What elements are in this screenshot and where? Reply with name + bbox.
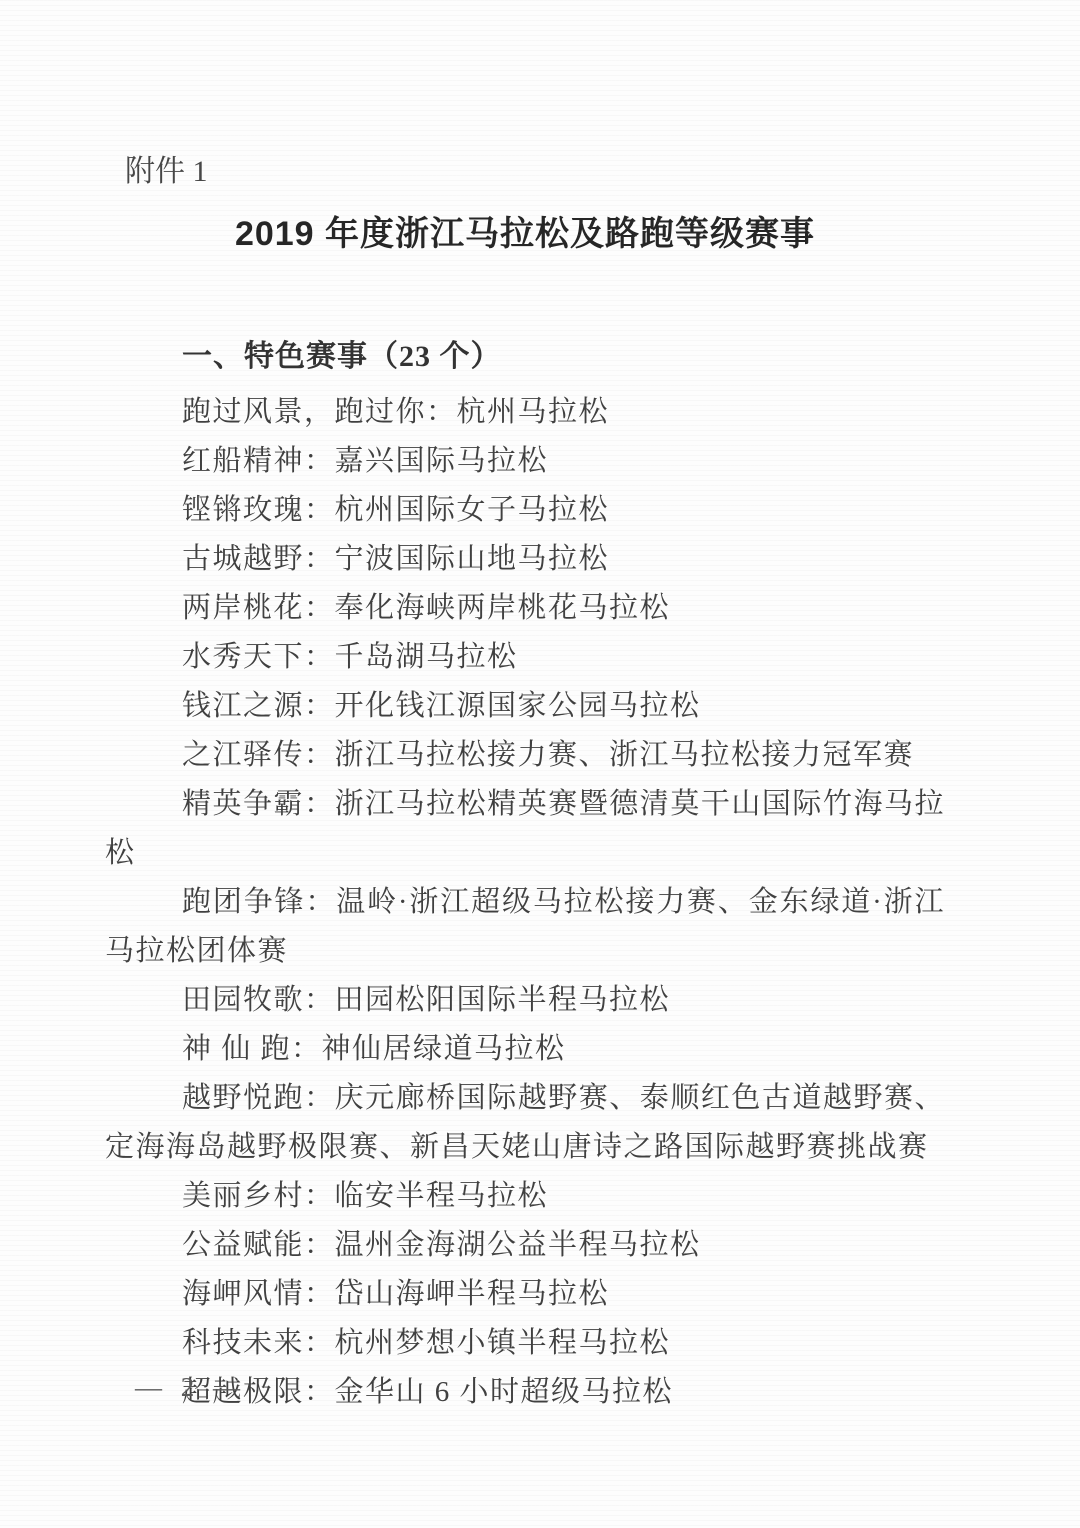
event-line: 钱江之源：开化钱江源国家公园马拉松: [105, 682, 945, 731]
event-line: 跑团争锋：温岭·浙江超级马拉松接力赛、金东绿道·浙江马拉松团体赛: [105, 878, 945, 976]
document-content: 附件 1 2019 年度浙江马拉松及路跑等级赛事 一、特色赛事（23 个） 跑过…: [105, 0, 945, 1417]
event-line: 跑过风景，跑过你：杭州马拉松: [105, 388, 945, 437]
page-number: — 2 —: [135, 1372, 246, 1403]
event-line: 神 仙 跑：神仙居绿道马拉松: [105, 1025, 945, 1074]
event-line: 红船精神：嘉兴国际马拉松: [105, 437, 945, 486]
event-line: 精英争霸：浙江马拉松精英赛暨德清莫干山国际竹海马拉松: [105, 780, 945, 878]
event-line: 水秀天下：千岛湖马拉松: [105, 633, 945, 682]
event-line: 科技未来：杭州梦想小镇半程马拉松: [105, 1319, 945, 1368]
document-title: 2019 年度浙江马拉松及路跑等级赛事: [105, 212, 945, 256]
event-line: 之江驿传：浙江马拉松接力赛、浙江马拉松接力冠军赛: [105, 731, 945, 780]
event-line: 美丽乡村：临安半程马拉松: [105, 1172, 945, 1221]
event-line: 越野悦跑：庆元廊桥国际越野赛、泰顺红色古道越野赛、定海海岛越野极限赛、新昌天姥山…: [105, 1074, 945, 1172]
event-line: 古城越野：宁波国际山地马拉松: [105, 535, 945, 584]
document-page: 附件 1 2019 年度浙江马拉松及路跑等级赛事 一、特色赛事（23 个） 跑过…: [0, 0, 1080, 1528]
event-line: 两岸桃花：奉化海峡两岸桃花马拉松: [105, 584, 945, 633]
event-line: 海岬风情：岱山海岬半程马拉松: [105, 1270, 945, 1319]
event-line: 田园牧歌：田园松阳国际半程马拉松: [105, 976, 945, 1025]
attachment-label: 附件 1: [125, 152, 945, 192]
event-line: 公益赋能：温州金海湖公益半程马拉松: [105, 1221, 945, 1270]
event-list: 跑过风景，跑过你：杭州马拉松 红船精神：嘉兴国际马拉松 铿锵玫瑰：杭州国际女子马…: [105, 388, 945, 1417]
section-heading: 一、特色赛事（23 个）: [182, 332, 945, 381]
event-line: 铿锵玫瑰：杭州国际女子马拉松: [105, 486, 945, 535]
